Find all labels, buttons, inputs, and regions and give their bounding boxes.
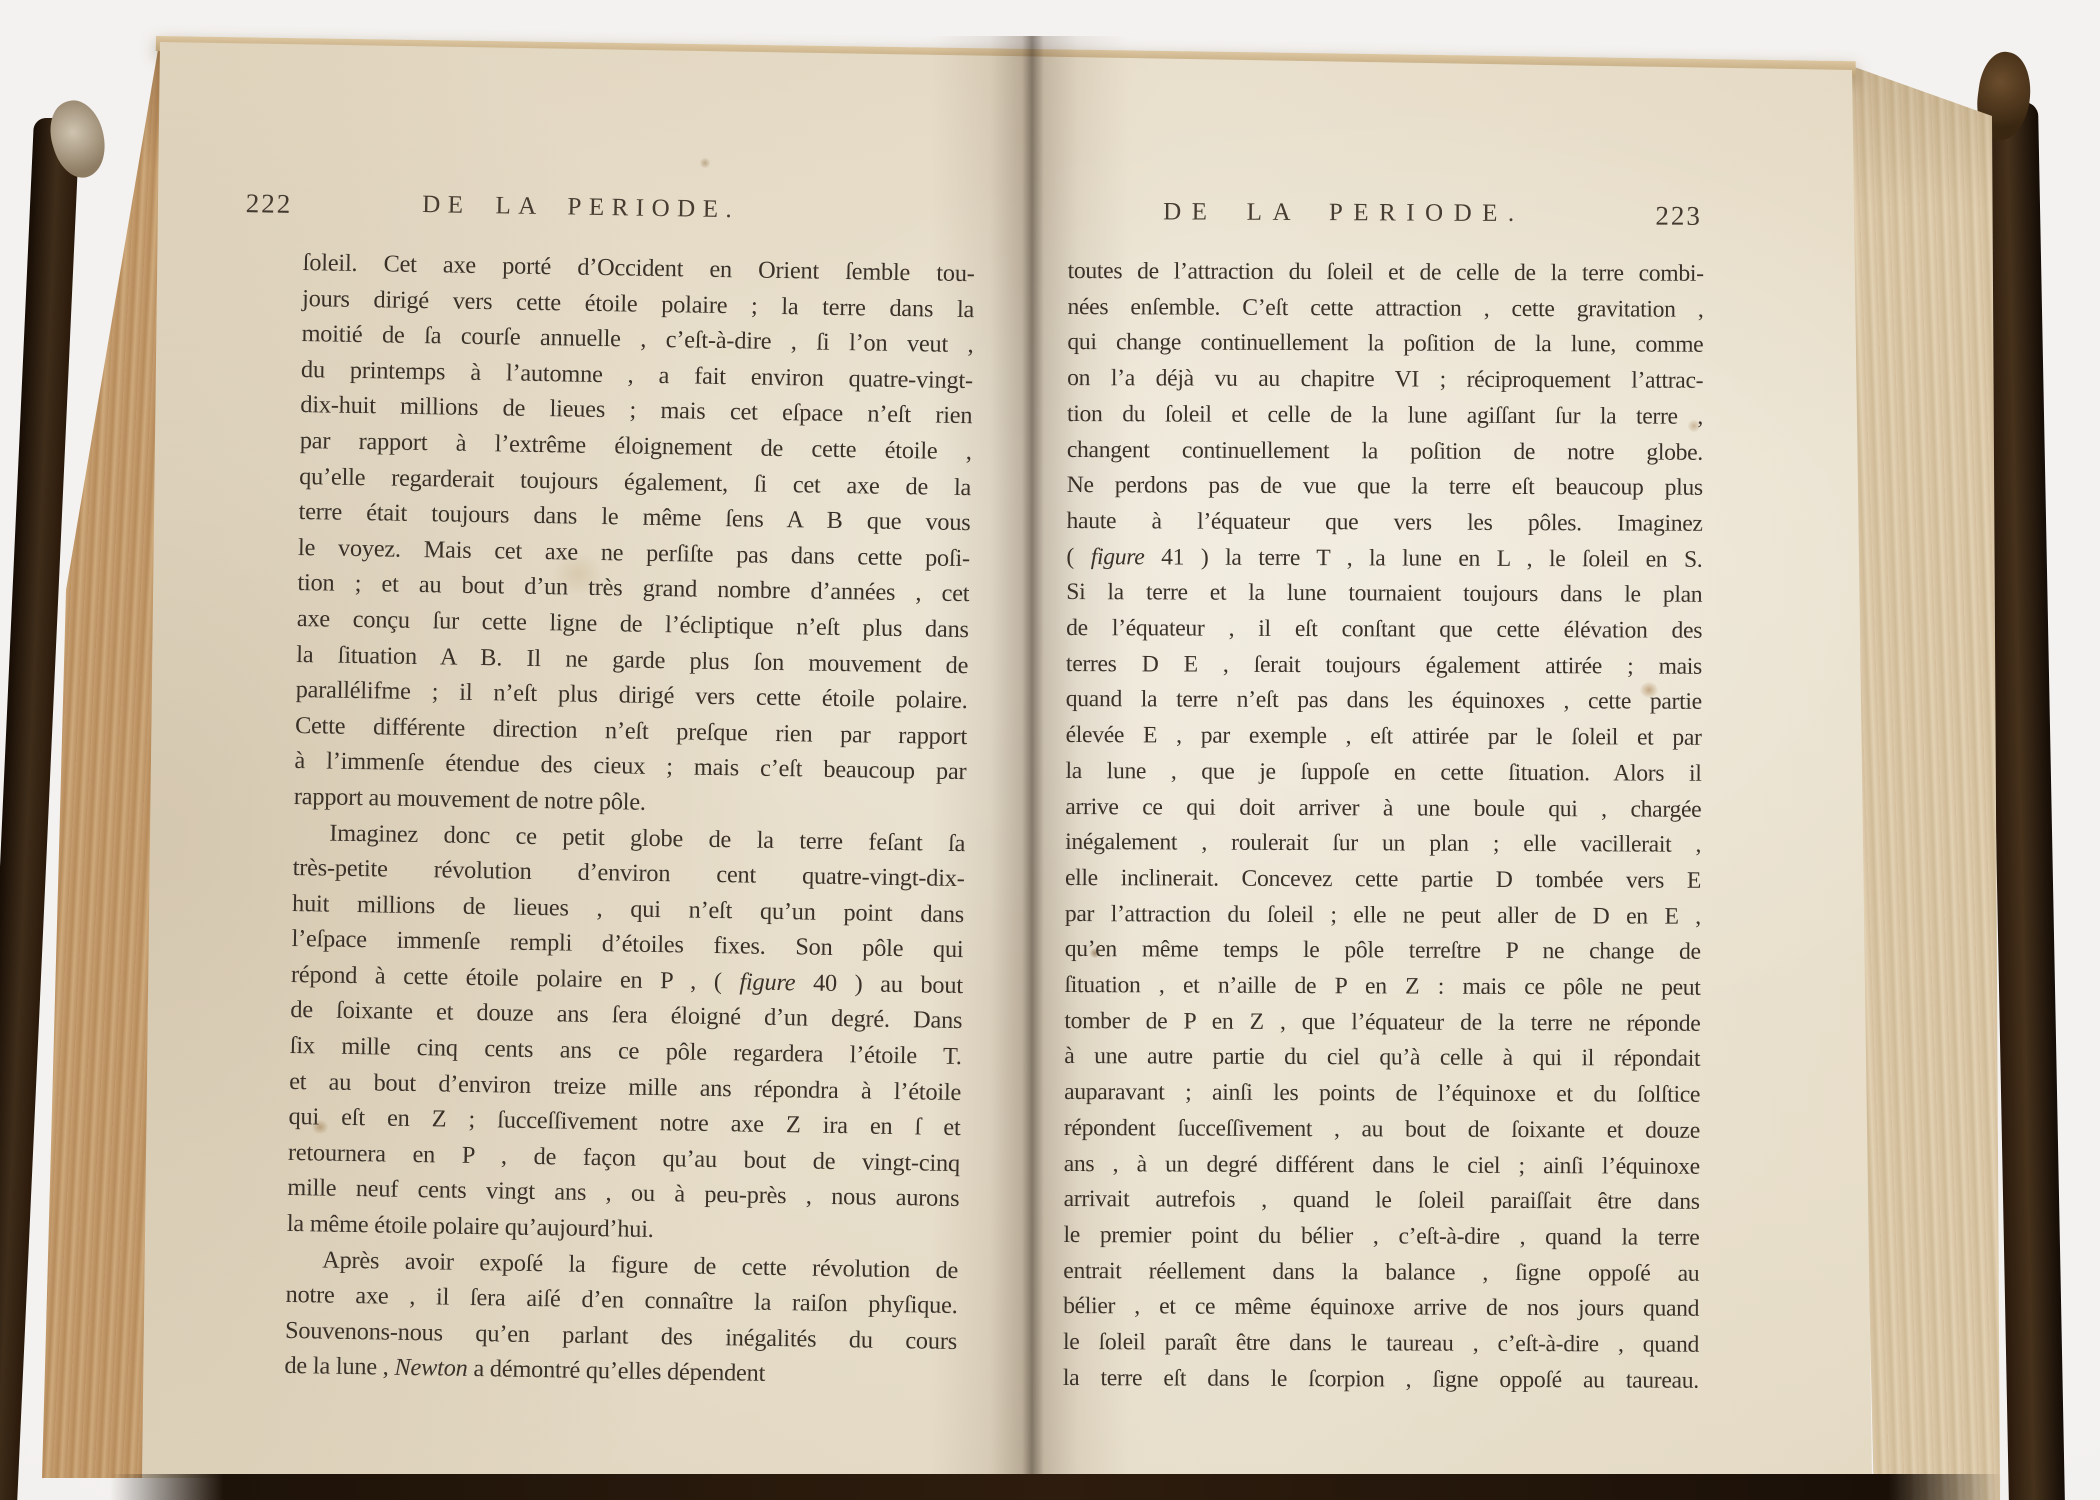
text-line: la terre eſt dans le ſcorpion , ſigne op… — [1063, 1361, 1699, 1399]
text-line: arrive ce qui doit arriver à une boule q… — [1065, 790, 1701, 828]
text-line: par l’attraction du ſoleil ; elle ne peu… — [1065, 897, 1701, 935]
text-line: toutes de l’attraction du ſoleil et de c… — [1068, 254, 1704, 292]
right-page-text-block: toutes de l’attraction du ſoleil et de c… — [1063, 254, 1704, 1399]
text-line: le premier point du bélier , c’eſt-à-dir… — [1063, 1218, 1699, 1256]
text-line: ( figure 41 ) la terre T , la lune en L … — [1066, 540, 1702, 578]
text-line: on l’a déjà vu au chapitre VI ; réciproq… — [1067, 361, 1703, 399]
bottom-board-edge — [110, 1474, 2002, 1500]
left-page-number: 222 — [245, 188, 292, 220]
right-running-title: DE LA PERIODE. — [1064, 198, 1704, 229]
text-line: bélier , et ce même équinoxe arrive de n… — [1063, 1289, 1699, 1327]
text-line: changent continuellement la poſition de … — [1067, 433, 1703, 471]
text-line: ans , à un degré différent dans le ciel … — [1064, 1147, 1700, 1185]
text-line: ſituation , et n’aille de P en Z : mais … — [1064, 968, 1700, 1006]
left-page: 222 DE LA PERIODE. ſoleil. Cet axe porté… — [220, 188, 976, 1395]
text-line: le ſoleil paraît être dans le taureau , … — [1063, 1325, 1699, 1363]
text-line: répondent ſucceſſivement , au bout de ſo… — [1064, 1111, 1700, 1149]
text-line: arrivait autrefois , quand le ſoleil par… — [1064, 1182, 1700, 1220]
text-line: inégalement , roulerait ſur un plan ; el… — [1065, 825, 1701, 863]
right-page-header: DE LA PERIODE. 223 — [1064, 198, 1704, 235]
text-line: à une autre partie du ciel qu’à celle à … — [1064, 1039, 1700, 1077]
text-line: quand la terre n’eſt pas dans les équino… — [1066, 682, 1702, 720]
photo-open-book: { "colors": { "background": "#f1efed", "… — [0, 0, 2100, 1500]
left-page-text-block: ſoleil. Cet axe porté d’Occident en Orie… — [284, 245, 975, 1395]
text-line: Ne perdons pas de vue que la terre eſt b… — [1067, 468, 1703, 506]
text-line: tion du ſoleil et celle de la lune agiſſ… — [1067, 397, 1703, 435]
text-line: haute à l’équateur que vers les pôles. I… — [1067, 504, 1703, 542]
text-line: élevée E , par exemple , eſt attirée par… — [1066, 718, 1702, 756]
text-line: auparavant ; ainſi les points de l’équin… — [1064, 1075, 1700, 1113]
text-line: tomber de P en Z , que l’équateur de la … — [1064, 1004, 1700, 1042]
text-line: de l’équateur , il eſt conſtant que cett… — [1066, 611, 1702, 649]
right-page: DE LA PERIODE. 223 toutes de l’attractio… — [1059, 198, 1704, 1399]
text-line: nées enſemble. C’eſt cette attraction , … — [1067, 290, 1703, 328]
text-line: qui change continuellement la poſition d… — [1067, 325, 1703, 363]
text-line: elle inclinerait. Concevez cette partie … — [1065, 861, 1701, 899]
text-line: terres D E , ſerait toujours également a… — [1066, 647, 1702, 685]
text-line: qu’en même temps le pôle terreſtre P ne … — [1065, 932, 1701, 970]
text-line: la lune , que je ſuppoſe en cette ſituat… — [1065, 754, 1701, 792]
right-page-number: 223 — [1655, 201, 1702, 232]
stain-spot — [700, 158, 710, 168]
text-line: entrait réellement dans la balance , ſig… — [1063, 1254, 1699, 1292]
text-line: Si la terre et la lune tournaient toujou… — [1066, 575, 1702, 613]
